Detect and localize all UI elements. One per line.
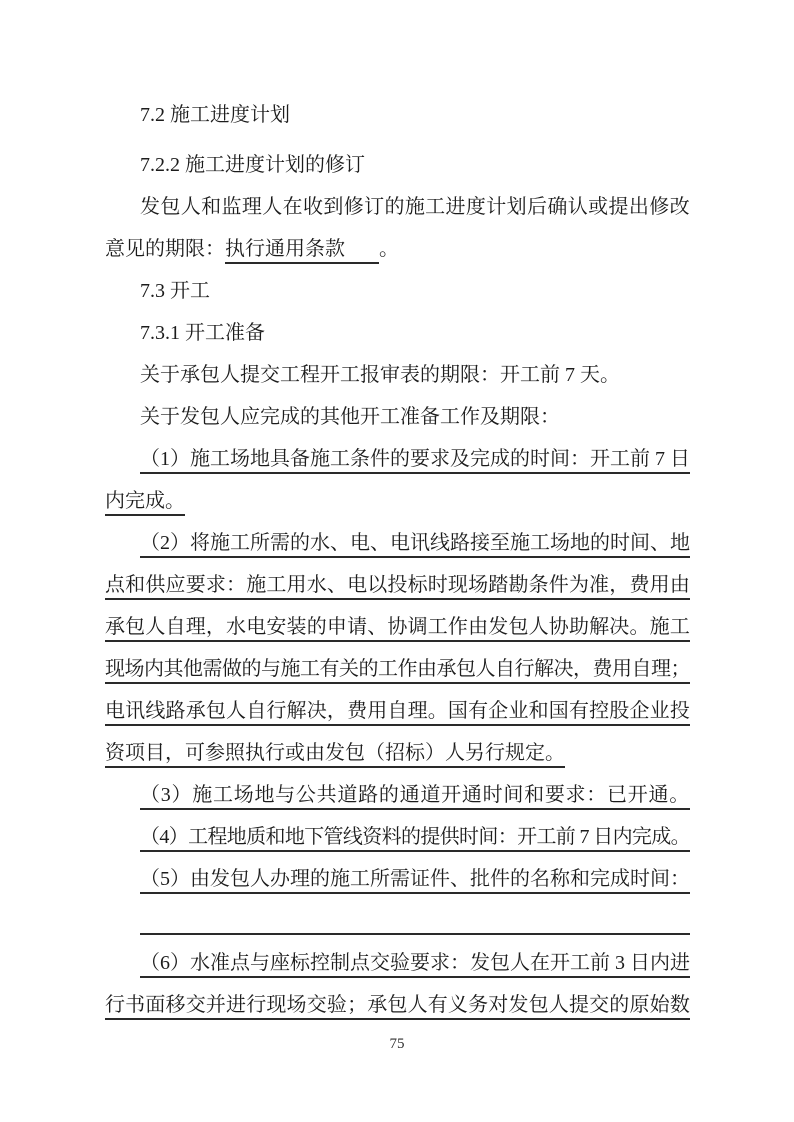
fill-in-value: 执行通用条款 <box>225 238 379 264</box>
line-text: 发包人和监理人在收到修订的施工进度计划后确认或提出修改 <box>140 196 690 218</box>
document-content: 7.2 施工进度计划7.2.2 施工进度计划的修订发包人和监理人在收到修订的施工… <box>105 94 690 1026</box>
para-commencement-report: 关于承包人提交工程开工报审表的期限：开工前 7 天。 <box>105 354 690 396</box>
line-text: （6）水准点与座标控制点交验要求：发包人在开工前 3 日内进 <box>140 952 690 978</box>
line-text: 意见的期限： <box>105 238 225 260</box>
line-text: 7.2 施工进度计划 <box>140 104 290 126</box>
item-2-line-1: （2）将施工所需的水、电、电讯线路接至施工场地的时间、地 <box>105 522 690 564</box>
line-text: 7.3.1 开工准备 <box>140 322 265 344</box>
line-text: 点和供应要求：施工用水、电以投标时现场踏勘条件为准，费用由 <box>105 574 690 600</box>
item-2-line-6: 资项目，可参照执行或由发包（招标）人另行规定。 <box>105 732 690 774</box>
item-4-line-1: （4）工程地质和地下管线资料的提供时间：开工前 7 日内完成。 <box>105 816 690 858</box>
line-text: 内完成。 <box>105 490 185 516</box>
heading-7-3: 7.3 开工 <box>105 270 690 312</box>
page-number: 75 <box>0 1036 794 1053</box>
item-1-line-1: （1）施工场地具备施工条件的要求及完成的时间：开工前 7 日 <box>105 438 690 480</box>
item-2-line-3: 承包人自理，水电安装的申请、协调工作由发包人协助解决。施工 <box>105 606 690 648</box>
para-revision-line-1: 发包人和监理人在收到修订的施工进度计划后确认或提出修改 <box>105 186 690 228</box>
line-text: 资项目，可参照执行或由发包（招标）人另行规定。 <box>105 742 565 768</box>
line-text: 承包人自理，水电安装的申请、协调工作由发包人协助解决。施工 <box>105 616 690 642</box>
line-text: 。 <box>379 238 399 260</box>
line-text: 7.2.2 施工进度计划的修订 <box>140 154 365 176</box>
item-5-line-1: （5）由发包人办理的施工所需证件、批件的名称和完成时间： <box>105 858 690 900</box>
line-text: 电讯线路承包人自行解决，费用自理。国有企业和国有控股企业投 <box>105 700 690 726</box>
item-6-line-2: 行书面移交并进行现场交验；承包人有义务对发包人提交的原始数 <box>105 984 690 1026</box>
line-text: （2）将施工所需的水、电、电讯线路接至施工场地的时间、地 <box>140 532 690 558</box>
item-2-line-5: 电讯线路承包人自行解决，费用自理。国有企业和国有控股企业投 <box>105 690 690 732</box>
line-text: 7.3 开工 <box>140 280 210 302</box>
item-2-line-4: 现场内其他需做的与施工有关的工作由承包人自行解决，费用自理； <box>105 648 690 690</box>
line-text: 关于发包人应完成的其他开工准备工作及期限： <box>140 406 560 428</box>
heading-7-2: 7.2 施工进度计划 <box>105 94 690 136</box>
item-5-blank-line <box>105 900 690 942</box>
blank-underline <box>140 933 690 935</box>
line-text: 行书面移交并进行现场交验；承包人有义务对发包人提交的原始数 <box>105 994 690 1020</box>
item-2-line-2: 点和供应要求：施工用水、电以投标时现场踏勘条件为准，费用由 <box>105 564 690 606</box>
heading-7-2-2: 7.2.2 施工进度计划的修订 <box>105 144 690 186</box>
line-text: 现场内其他需做的与施工有关的工作由承包人自行解决，费用自理； <box>105 658 690 684</box>
line-text: （1）施工场地具备施工条件的要求及完成的时间：开工前 7 日 <box>140 448 690 474</box>
item-6-line-1: （6）水准点与座标控制点交验要求：发包人在开工前 3 日内进 <box>105 942 690 984</box>
line-text: （4）工程地质和地下管线资料的提供时间：开工前 7 日内完成。 <box>140 826 690 852</box>
line-text: 关于承包人提交工程开工报审表的期限：开工前 7 天。 <box>140 364 620 386</box>
para-revision-line-2: 意见的期限：执行通用条款。 <box>105 228 690 270</box>
para-employer-preparation: 关于发包人应完成的其他开工准备工作及期限： <box>105 396 690 438</box>
line-text: （3）施工场地与公共道路的通道开通时间和要求：已开通。 <box>140 784 690 810</box>
item-3-line-1: （3）施工场地与公共道路的通道开通时间和要求：已开通。 <box>105 774 690 816</box>
line-text: （5）由发包人办理的施工所需证件、批件的名称和完成时间： <box>140 868 690 894</box>
item-1-line-2: 内完成。 <box>105 480 690 522</box>
document-page: 7.2 施工进度计划7.2.2 施工进度计划的修订发包人和监理人在收到修订的施工… <box>0 0 794 1122</box>
heading-7-3-1: 7.3.1 开工准备 <box>105 312 690 354</box>
